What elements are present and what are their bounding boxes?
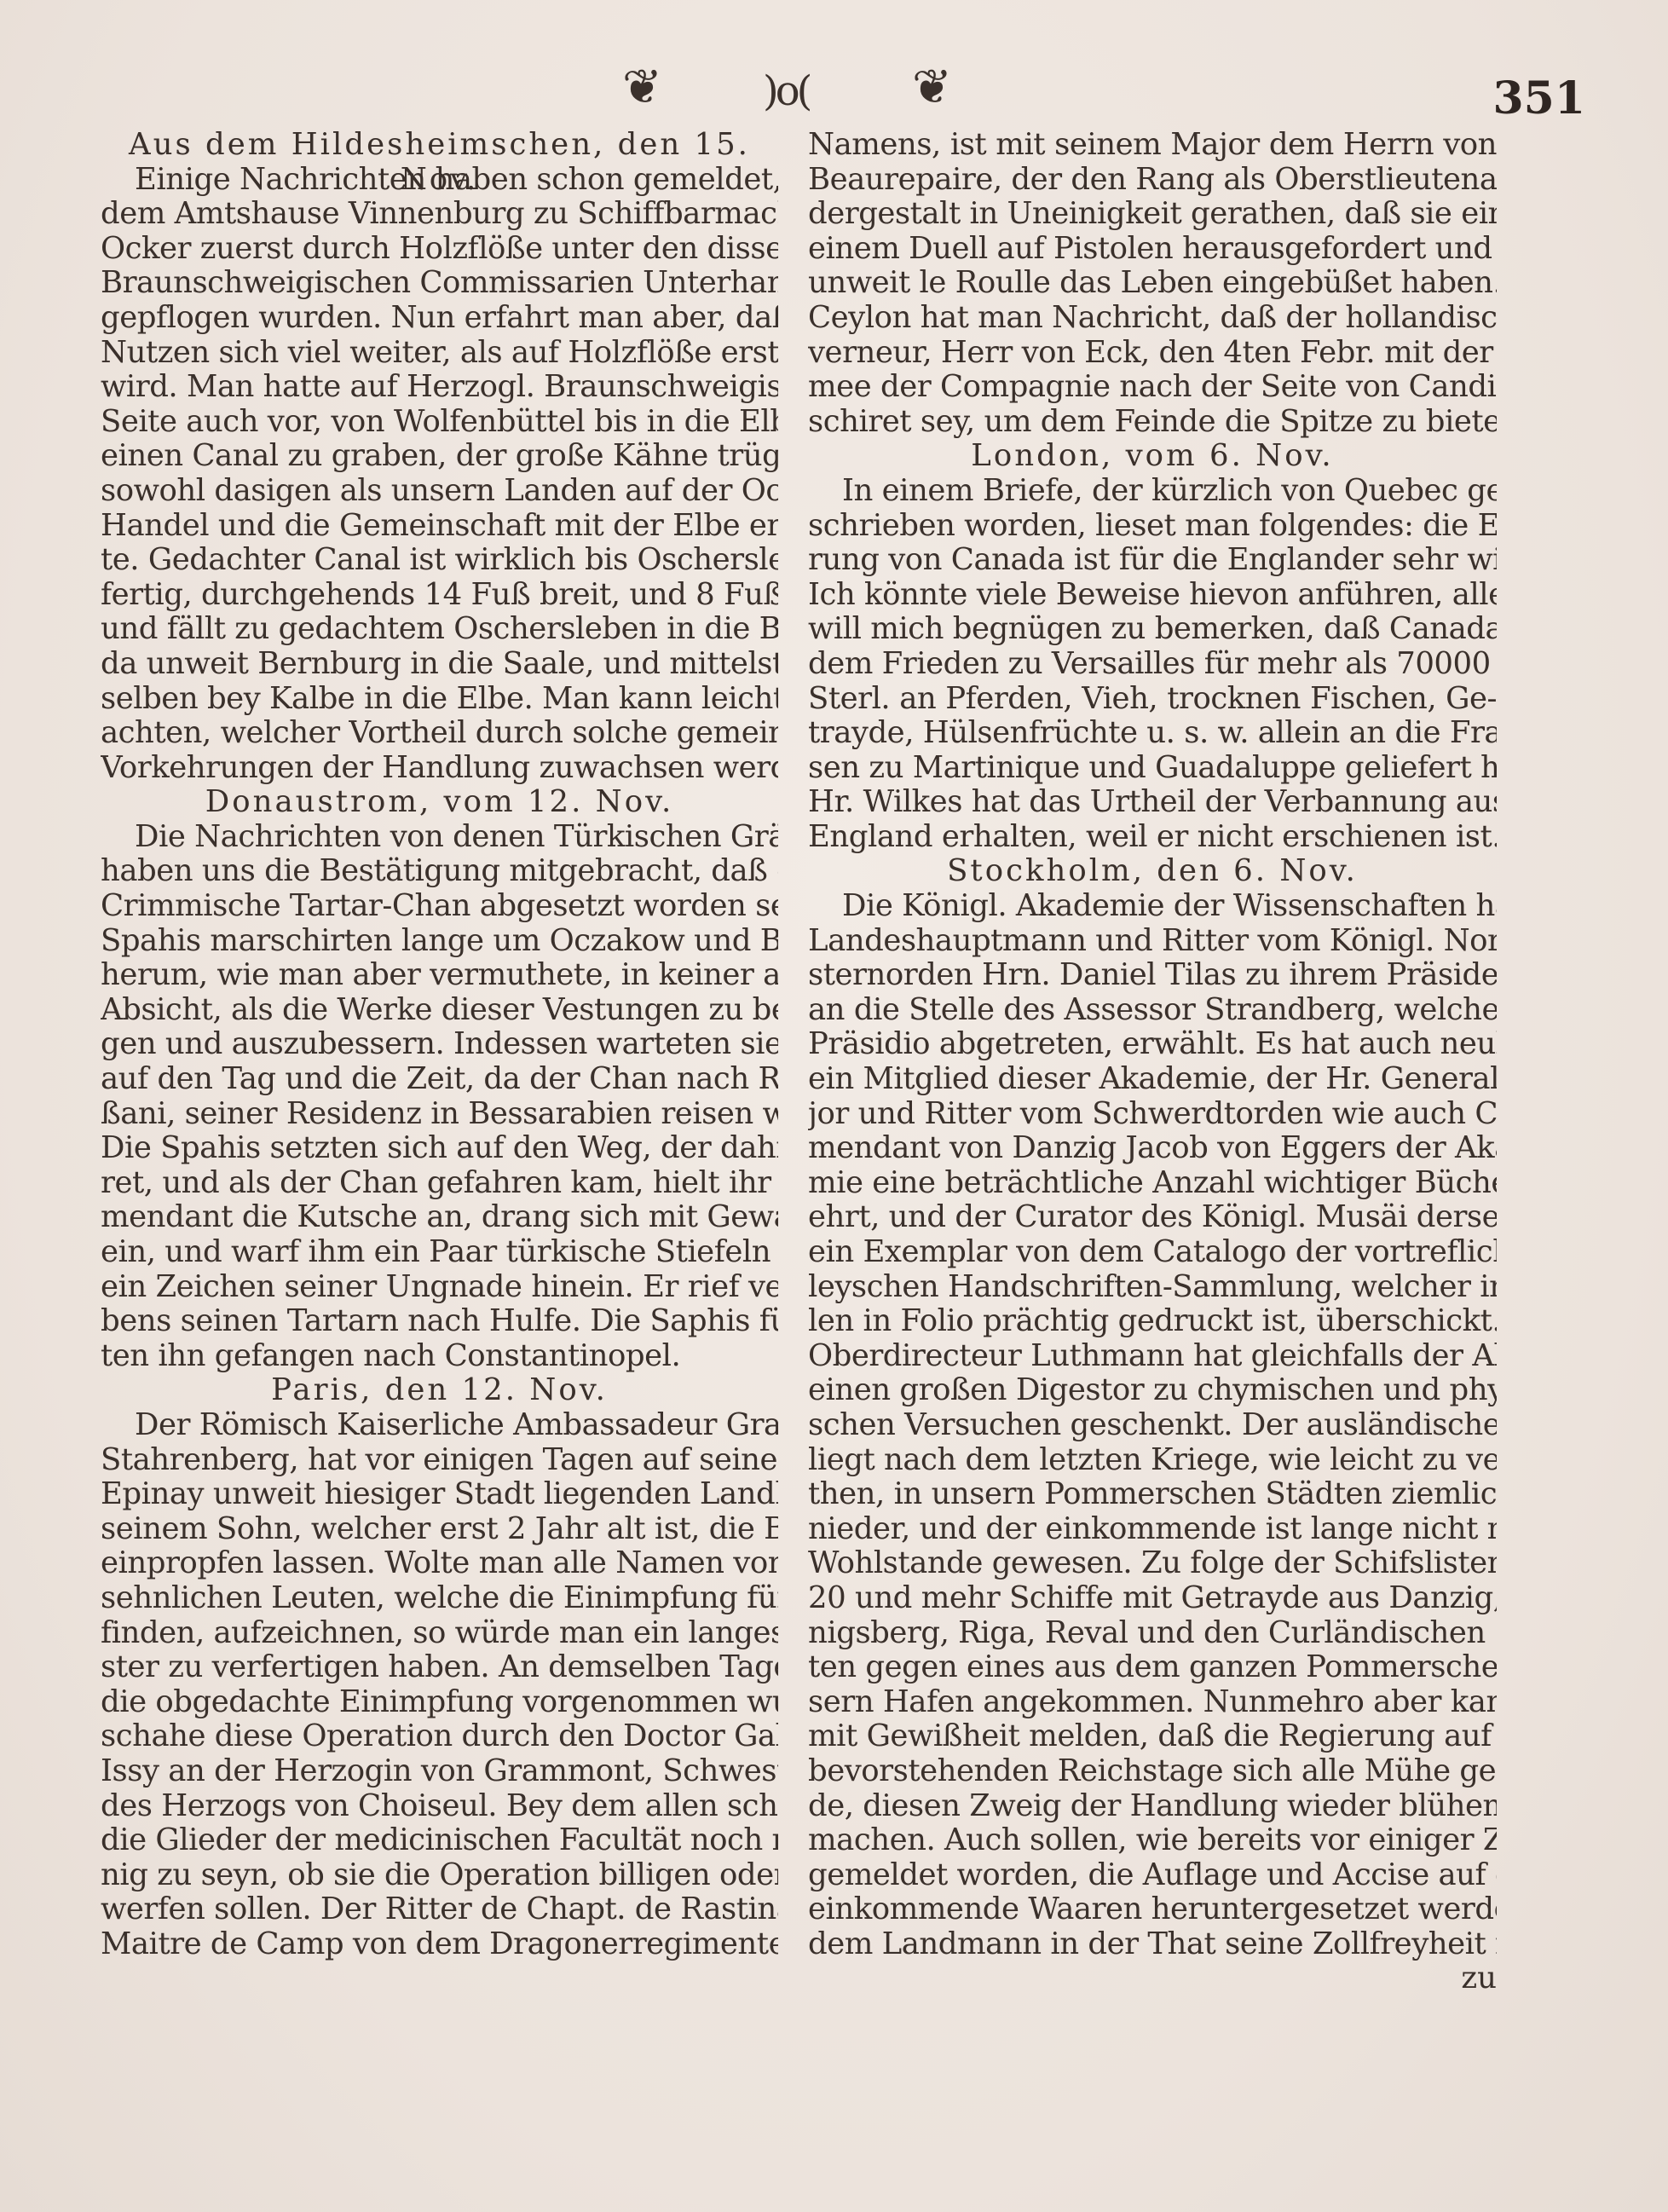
text-line: Ceylon hat man Nachricht, daß der hollan… [808,301,1497,336]
text-line: Ocker zuerst durch Holzflöße unter den d… [101,232,778,267]
text-line: ten ihn gefangen nach Constantinopel. [101,1339,778,1374]
text-line: einkommende Waaren heruntergesetzet werd… [808,1892,1497,1927]
text-line: mie eine beträchtliche Anzahl wichtiger … [808,1166,1497,1201]
text-line: schahe diese Operation durch den Doctor … [101,1719,778,1754]
divider-ornament-icon: )o( [763,71,809,112]
text-line: auf den Tag und die Zeit, da der Chan na… [101,1062,778,1097]
text-line: Die Spahis setzten sich auf den Weg, der… [101,1131,778,1166]
text-line: Sterl. an Pferden, Vieh, trocknen Fische… [808,682,1497,717]
text-line: Der Römisch Kaiserliche Ambassadeur Graf… [101,1408,778,1443]
article-dateline: Aus dem Hildesheimschen, den 15. Nov. [101,128,778,163]
article-dateline: Stockholm, den 6. Nov. [808,854,1497,889]
text-line: ein Exemplar von dem Catalogo der vortre… [808,1235,1497,1270]
text-line: einen großen Digestor zu chymischen und … [808,1373,1497,1408]
text-line: nieder, und der einkommende ist lange ni… [808,1512,1497,1547]
text-line: bevorstehenden Reichstage sich alle Mühe… [808,1754,1497,1789]
text-line: dergestalt in Uneinigkeit gerathen, daß … [808,197,1497,232]
text-line: unweit le Roulle das Leben eingebüßet ha… [808,266,1497,301]
text-line: einen Canal zu graben, der große Kähne t… [101,439,778,474]
text-line: nigsberg, Riga, Reval und den Curländisc… [808,1616,1497,1651]
text-line: Crimmische Tartar-Chan abgesetzt worden … [101,889,778,924]
left-column: Aus dem Hildesheimschen, den 15. Nov.Ein… [101,128,778,1961]
text-line: gen und auszubessern. Indessen warteten … [101,1027,778,1062]
text-line: de, diesen Zweig der Handlung wieder blü… [808,1789,1497,1824]
text-line: leyschen Handschriften-Sammlung, welcher… [808,1270,1497,1305]
article: Donaustrom, vom 12. Nov.Die Nachrichten … [101,785,778,1373]
text-line: ehrt, und der Curator des Königl. Musäi … [808,1200,1497,1235]
text-line: liegt nach dem letzten Kriege, wie leich… [808,1443,1497,1478]
text-line: Braunschweigischen Commissarien Unterhan… [101,266,778,301]
text-line: ein Zeichen seiner Ungnade hinein. Er ri… [101,1270,778,1305]
text-line: Die Nachrichten von denen Türkischen Grä… [101,820,778,855]
text-line: In einem Briefe, der kürzlich von Quebec… [808,474,1497,509]
text-line: Seite auch vor, von Wolfenbüttel bis in … [101,405,778,440]
text-line: Maitre de Camp von dem Dragonerregimente… [101,1927,778,1962]
article-dateline: Paris, den 12. Nov. [101,1373,778,1408]
text-line: sehnlichen Leuten, welche die Einimpfung… [101,1581,778,1616]
text-line: machen. Auch sollen, wie bereits vor ein… [808,1823,1497,1858]
text-line: ein Mitglied dieser Akademie, der Hr. Ge… [808,1062,1497,1097]
text-line: finden, aufzeichnen, so würde man ein la… [101,1616,778,1651]
page-number: 351 [1492,72,1585,124]
text-line: verneur, Herr von Eck, den 4ten Febr. mi… [808,336,1497,371]
text-line: Handel und die Gemeinschaft mit der Elbe… [101,509,778,544]
text-line: mee der Compagnie nach der Seite von Can… [808,370,1497,405]
article-continuation: Namens, ist mit seinem Major dem Herrn v… [808,128,1497,439]
text-line: Wohlstande gewesen. Zu folge der Schifsl… [808,1546,1497,1581]
text-line: Namens, ist mit seinem Major dem Herrn v… [808,128,1497,163]
text-line: schiret sey, um dem Feinde die Spitze zu… [808,405,1497,440]
text-line: dem Amtshause Vinnenburg zu Schiffbarmac… [101,197,778,232]
article: Paris, den 12. Nov.Der Römisch Kaiserlic… [101,1373,778,1961]
text-line: Absicht, als die Werke dieser Vestungen … [101,993,778,1028]
article: London, vom 6. Nov.In einem Briefe, der … [808,439,1497,854]
text-line: Issy an der Herzogin von Grammont, Schwe… [101,1754,778,1789]
article: Aus dem Hildesheimschen, den 15. Nov.Ein… [101,128,778,785]
catchword: zu [808,1961,1497,1996]
text-line: sowohl dasigen als unsern Landen auf der… [101,474,778,509]
text-line: England erhalten, weil er nicht erschien… [808,820,1497,855]
text-line: Präsidio abgetreten, erwählt. Es hat auc… [808,1027,1497,1062]
text-line: Die Königl. Akademie der Wissenschaften … [808,889,1497,924]
text-line: te. Gedachter Canal ist wirklich bis Osc… [101,543,778,578]
text-line: ßani, seiner Residenz in Bessarabien rei… [101,1097,778,1132]
text-line: herum, wie man aber vermuthete, in keine… [101,958,778,993]
newspaper-page: ❦ )o( ❦ 351 Aus dem Hildesheimschen, den… [0,0,1668,2212]
text-line: fertig, durchgehends 14 Fuß breit, und 8… [101,578,778,613]
text-line: Epinay unweit hiesiger Stadt liegenden L… [101,1477,778,1512]
right-column: Namens, ist mit seinem Major dem Herrn v… [808,128,1497,1996]
text-line: will mich begnügen zu bemerken, daß Cana… [808,612,1497,647]
text-line: die obgedachte Einimpfung vorgenommen wu… [101,1685,778,1720]
text-line: Nutzen sich viel weiter, als auf Holzflö… [101,336,778,371]
article: Stockholm, den 6. Nov.Die Königl. Akadem… [808,854,1497,1961]
text-line: gemeldet worden, die Auflage und Accise … [808,1858,1497,1893]
text-line: ten gegen eines aus dem ganzen Pommersch… [808,1650,1497,1685]
text-line: rung von Canada ist für die Englander se… [808,543,1497,578]
text-line: Einige Nachrichten haben schon gemeldet,… [101,163,778,198]
text-line: mendant von Danzig Jacob von Eggers der … [808,1131,1497,1166]
text-line: an die Stelle des Assessor Strandberg, w… [808,993,1497,1028]
text-line: die Glieder der medicinischen Facultät n… [101,1823,778,1858]
text-line: und fällt zu gedachtem Oschersleben in d… [101,612,778,647]
text-line: einem Duell auf Pistolen herausgefordert… [808,232,1497,267]
text-line: dem Landmann in der That seine Zollfreyh… [808,1927,1497,1962]
text-line: haben uns die Bestätigung mitgebracht, d… [101,854,778,889]
text-line: sternorden Hrn. Daniel Tilas zu ihrem Pr… [808,958,1497,993]
text-line: jor und Ritter vom Schwerdtorden wie auc… [808,1097,1497,1132]
text-line: seinem Sohn, welcher erst 2 Jahr alt ist… [101,1512,778,1547]
text-line: mendant die Kutsche an, drang sich mit G… [101,1200,778,1235]
text-line: Spahis marschirten lange um Oczakow und … [101,924,778,959]
text-line: einpropfen lassen. Wolte man alle Namen … [101,1546,778,1581]
text-line: bens seinen Tartarn nach Hulfe. Die Saph… [101,1304,778,1339]
text-line: des Herzogs von Choiseul. Bey dem allen … [101,1789,778,1824]
shell-ornament-icon: ❦ [912,64,952,112]
shell-ornament-icon: ❦ [622,64,662,112]
article-dateline: London, vom 6. Nov. [808,439,1497,474]
text-line: sen zu Martinique und Guadaluppe geliefe… [808,751,1497,786]
text-line: ret, und als der Chan gefahren kam, hiel… [101,1166,778,1201]
text-line: schen Versuchen geschenkt. Der ausländis… [808,1408,1497,1443]
text-line: nig zu seyn, ob sie die Operation billig… [101,1858,778,1893]
text-line: then, in unsern Pommerschen Städten ziem… [808,1477,1497,1512]
text-line: Hr. Wilkes hat das Urtheil der Verbannun… [808,785,1497,820]
text-line: gepflogen wurden. Nun erfahrt man aber, … [101,301,778,336]
text-line: Oberdirecteur Luthmann hat gleichfalls d… [808,1339,1497,1374]
text-line: Vorkehrungen der Handlung zuwachsen werd… [101,751,778,786]
text-line: Beaurepaire, der den Rang als Oberstlieu… [808,163,1497,198]
text-line: dem Frieden zu Versailles für mehr als 7… [808,647,1497,682]
text-line: wird. Man hatte auf Herzogl. Braunschwei… [101,370,778,405]
text-line: werfen sollen. Der Ritter de Chapt. de R… [101,1892,778,1927]
page-header: ❦ )o( ❦ 351 [597,64,1585,132]
text-line: ein, und warf ihm ein Paar türkische Sti… [101,1235,778,1270]
text-line: Ich könnte viele Beweise hievon anführen… [808,578,1497,613]
text-line: sern Hafen angekommen. Nunmehro aber kan… [808,1685,1497,1720]
text-line: selben bey Kalbe in die Elbe. Man kann l… [101,682,778,717]
text-line: schrieben worden, lieset man folgendes: … [808,509,1497,544]
text-line: len in Folio prächtig gedruckt ist, über… [808,1304,1497,1339]
article-dateline: Donaustrom, vom 12. Nov. [101,785,778,820]
text-line: ster zu verfertigen haben. An demselben … [101,1650,778,1685]
text-line: Stahrenberg, hat vor einigen Tagen auf s… [101,1443,778,1478]
text-line: achten, welcher Vortheil durch solche ge… [101,716,778,751]
text-line: da unweit Bernburg in die Saale, und mit… [101,647,778,682]
text-line: trayde, Hülsenfrüchte u. s. w. allein an… [808,716,1497,751]
text-line: mit Gewißheit melden, daß die Regierung … [808,1719,1497,1754]
text-line: 20 und mehr Schiffe mit Getrayde aus Dan… [808,1581,1497,1616]
text-line: Landeshauptmann und Ritter vom Königl. N… [808,924,1497,959]
